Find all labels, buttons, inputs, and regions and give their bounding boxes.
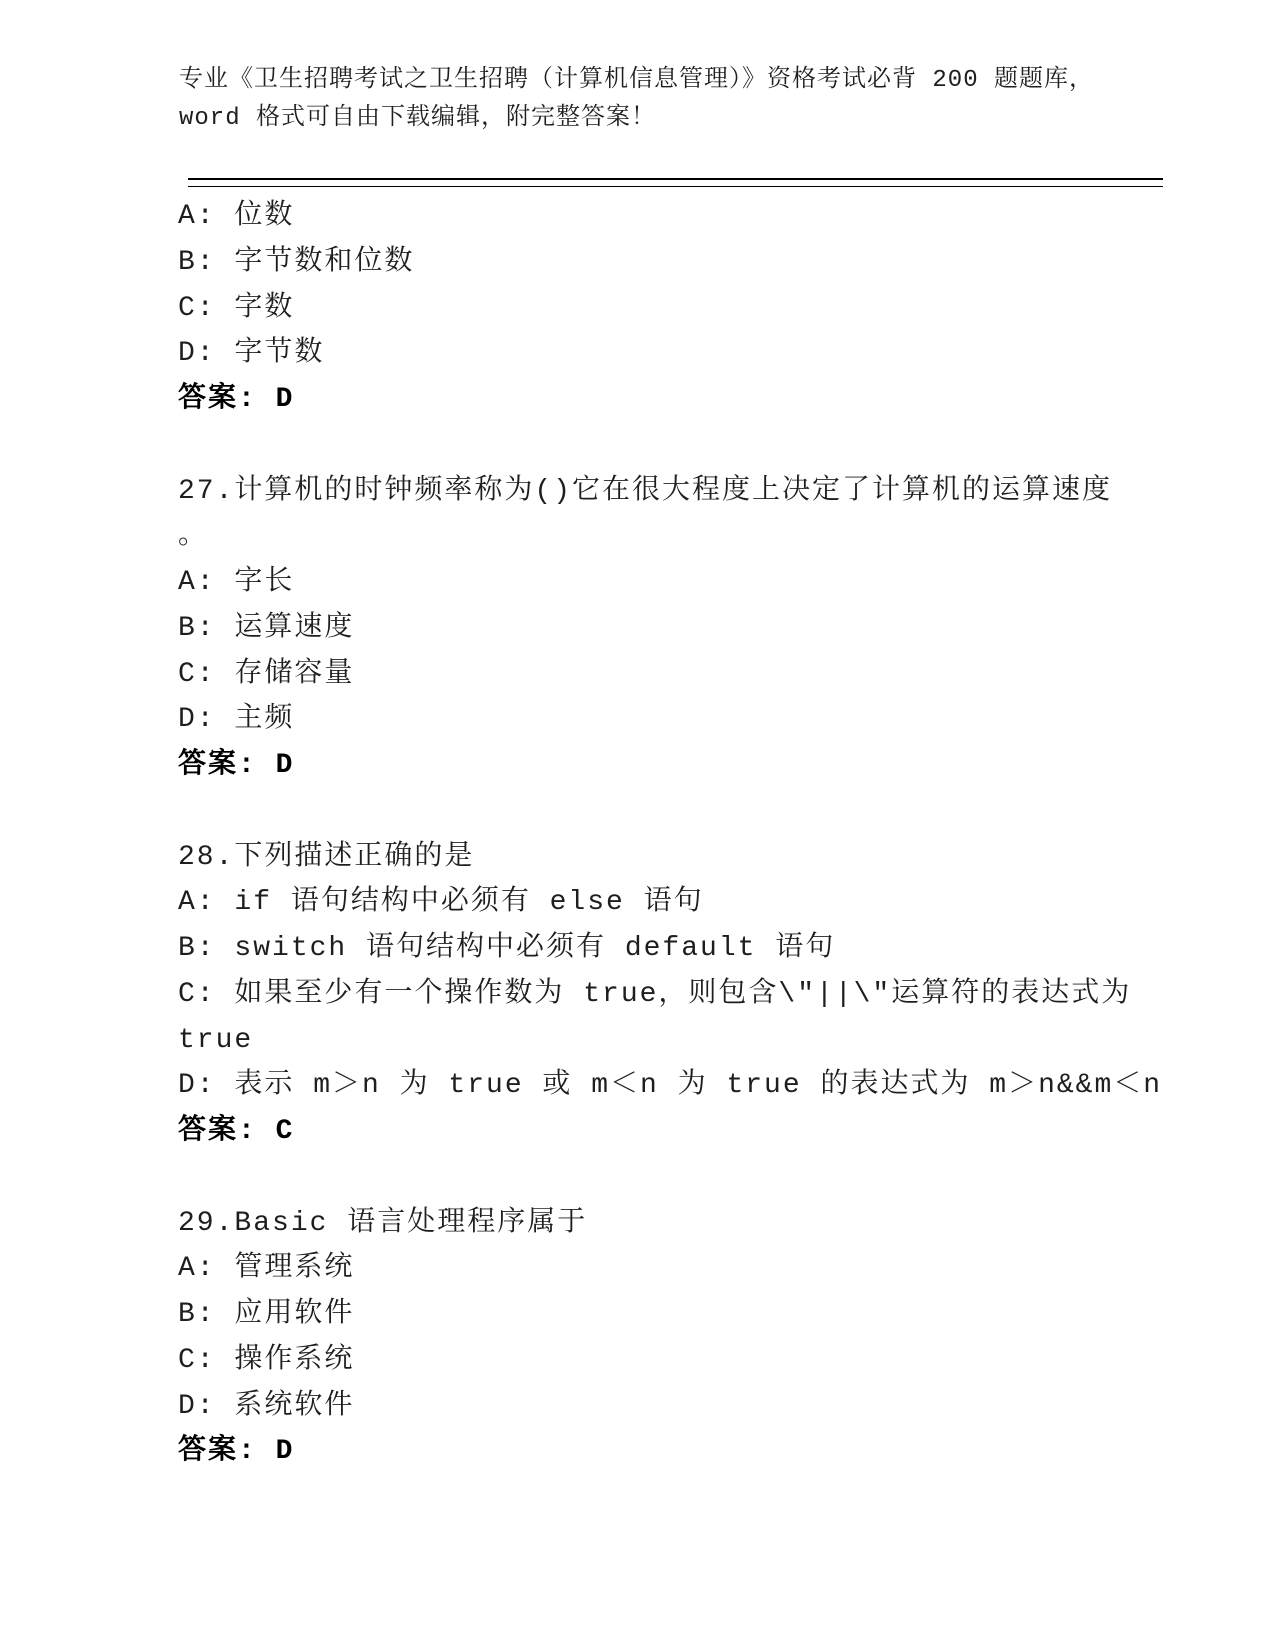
answer-line: 答案: D (178, 1429, 1138, 1475)
option-line: D: 系统软件 (178, 1384, 1138, 1430)
header-divider-double-rule (188, 178, 1163, 187)
option-line: B: 字节数和位数 (178, 240, 1138, 286)
question-stem: 27.计算机的时钟频率称为()它在很大程度上决定了计算机的运算速度 (178, 469, 1138, 515)
blank-line (178, 423, 1138, 469)
option-line: A: if 语句结构中必须有 else 语句 (178, 880, 1138, 926)
answer-line: 答案: D (178, 743, 1138, 789)
option-line: D: 表示 m＞n 为 true 或 m＜n 为 true 的表达式为 m＞n&… (178, 1063, 1138, 1109)
option-line: B: 应用软件 (178, 1292, 1138, 1338)
blank-line (178, 789, 1138, 835)
page-header: 专业《卫生招聘考试之卫生招聘（计算机信息管理）》资格考试必背 200 题题库， … (179, 62, 1159, 138)
option-line: C: 存储容量 (178, 652, 1138, 698)
header-title-line-1: 专业《卫生招聘考试之卫生招聘（计算机信息管理）》资格考试必背 200 题题库， (179, 62, 1159, 100)
option-line: B: switch 语句结构中必须有 default 语句 (178, 926, 1138, 972)
document-body: A: 位数B: 字节数和位数C: 字数D: 字节数答案: D 27.计算机的时钟… (178, 194, 1138, 1475)
document-page: 专业《卫生招聘考试之卫生招聘（计算机信息管理）》资格考试必背 200 题题库， … (0, 0, 1275, 1650)
option-line: D: 主频 (178, 697, 1138, 743)
question-stem: 29.Basic 语言处理程序属于 (178, 1201, 1138, 1247)
option-line: C: 操作系统 (178, 1338, 1138, 1384)
question-stem: 28.下列描述正确的是 (178, 835, 1138, 881)
option-line: D: 字节数 (178, 331, 1138, 377)
answer-line: 答案: C (178, 1109, 1138, 1155)
answer-line: 答案: D (178, 377, 1138, 423)
header-title-line-2: word 格式可自由下载编辑，附完整答案！ (179, 100, 1159, 138)
option-line: C: 字数 (178, 286, 1138, 332)
continuation-line: true (178, 1018, 1138, 1064)
option-line: A: 管理系统 (178, 1246, 1138, 1292)
option-line: A: 位数 (178, 194, 1138, 240)
continuation-line: 。 (178, 514, 1138, 560)
option-line: A: 字长 (178, 560, 1138, 606)
option-line: B: 运算速度 (178, 606, 1138, 652)
option-line: C: 如果至少有一个操作数为 true，则包含\"||\"运算符的表达式为 (178, 972, 1138, 1018)
blank-line (178, 1155, 1138, 1201)
